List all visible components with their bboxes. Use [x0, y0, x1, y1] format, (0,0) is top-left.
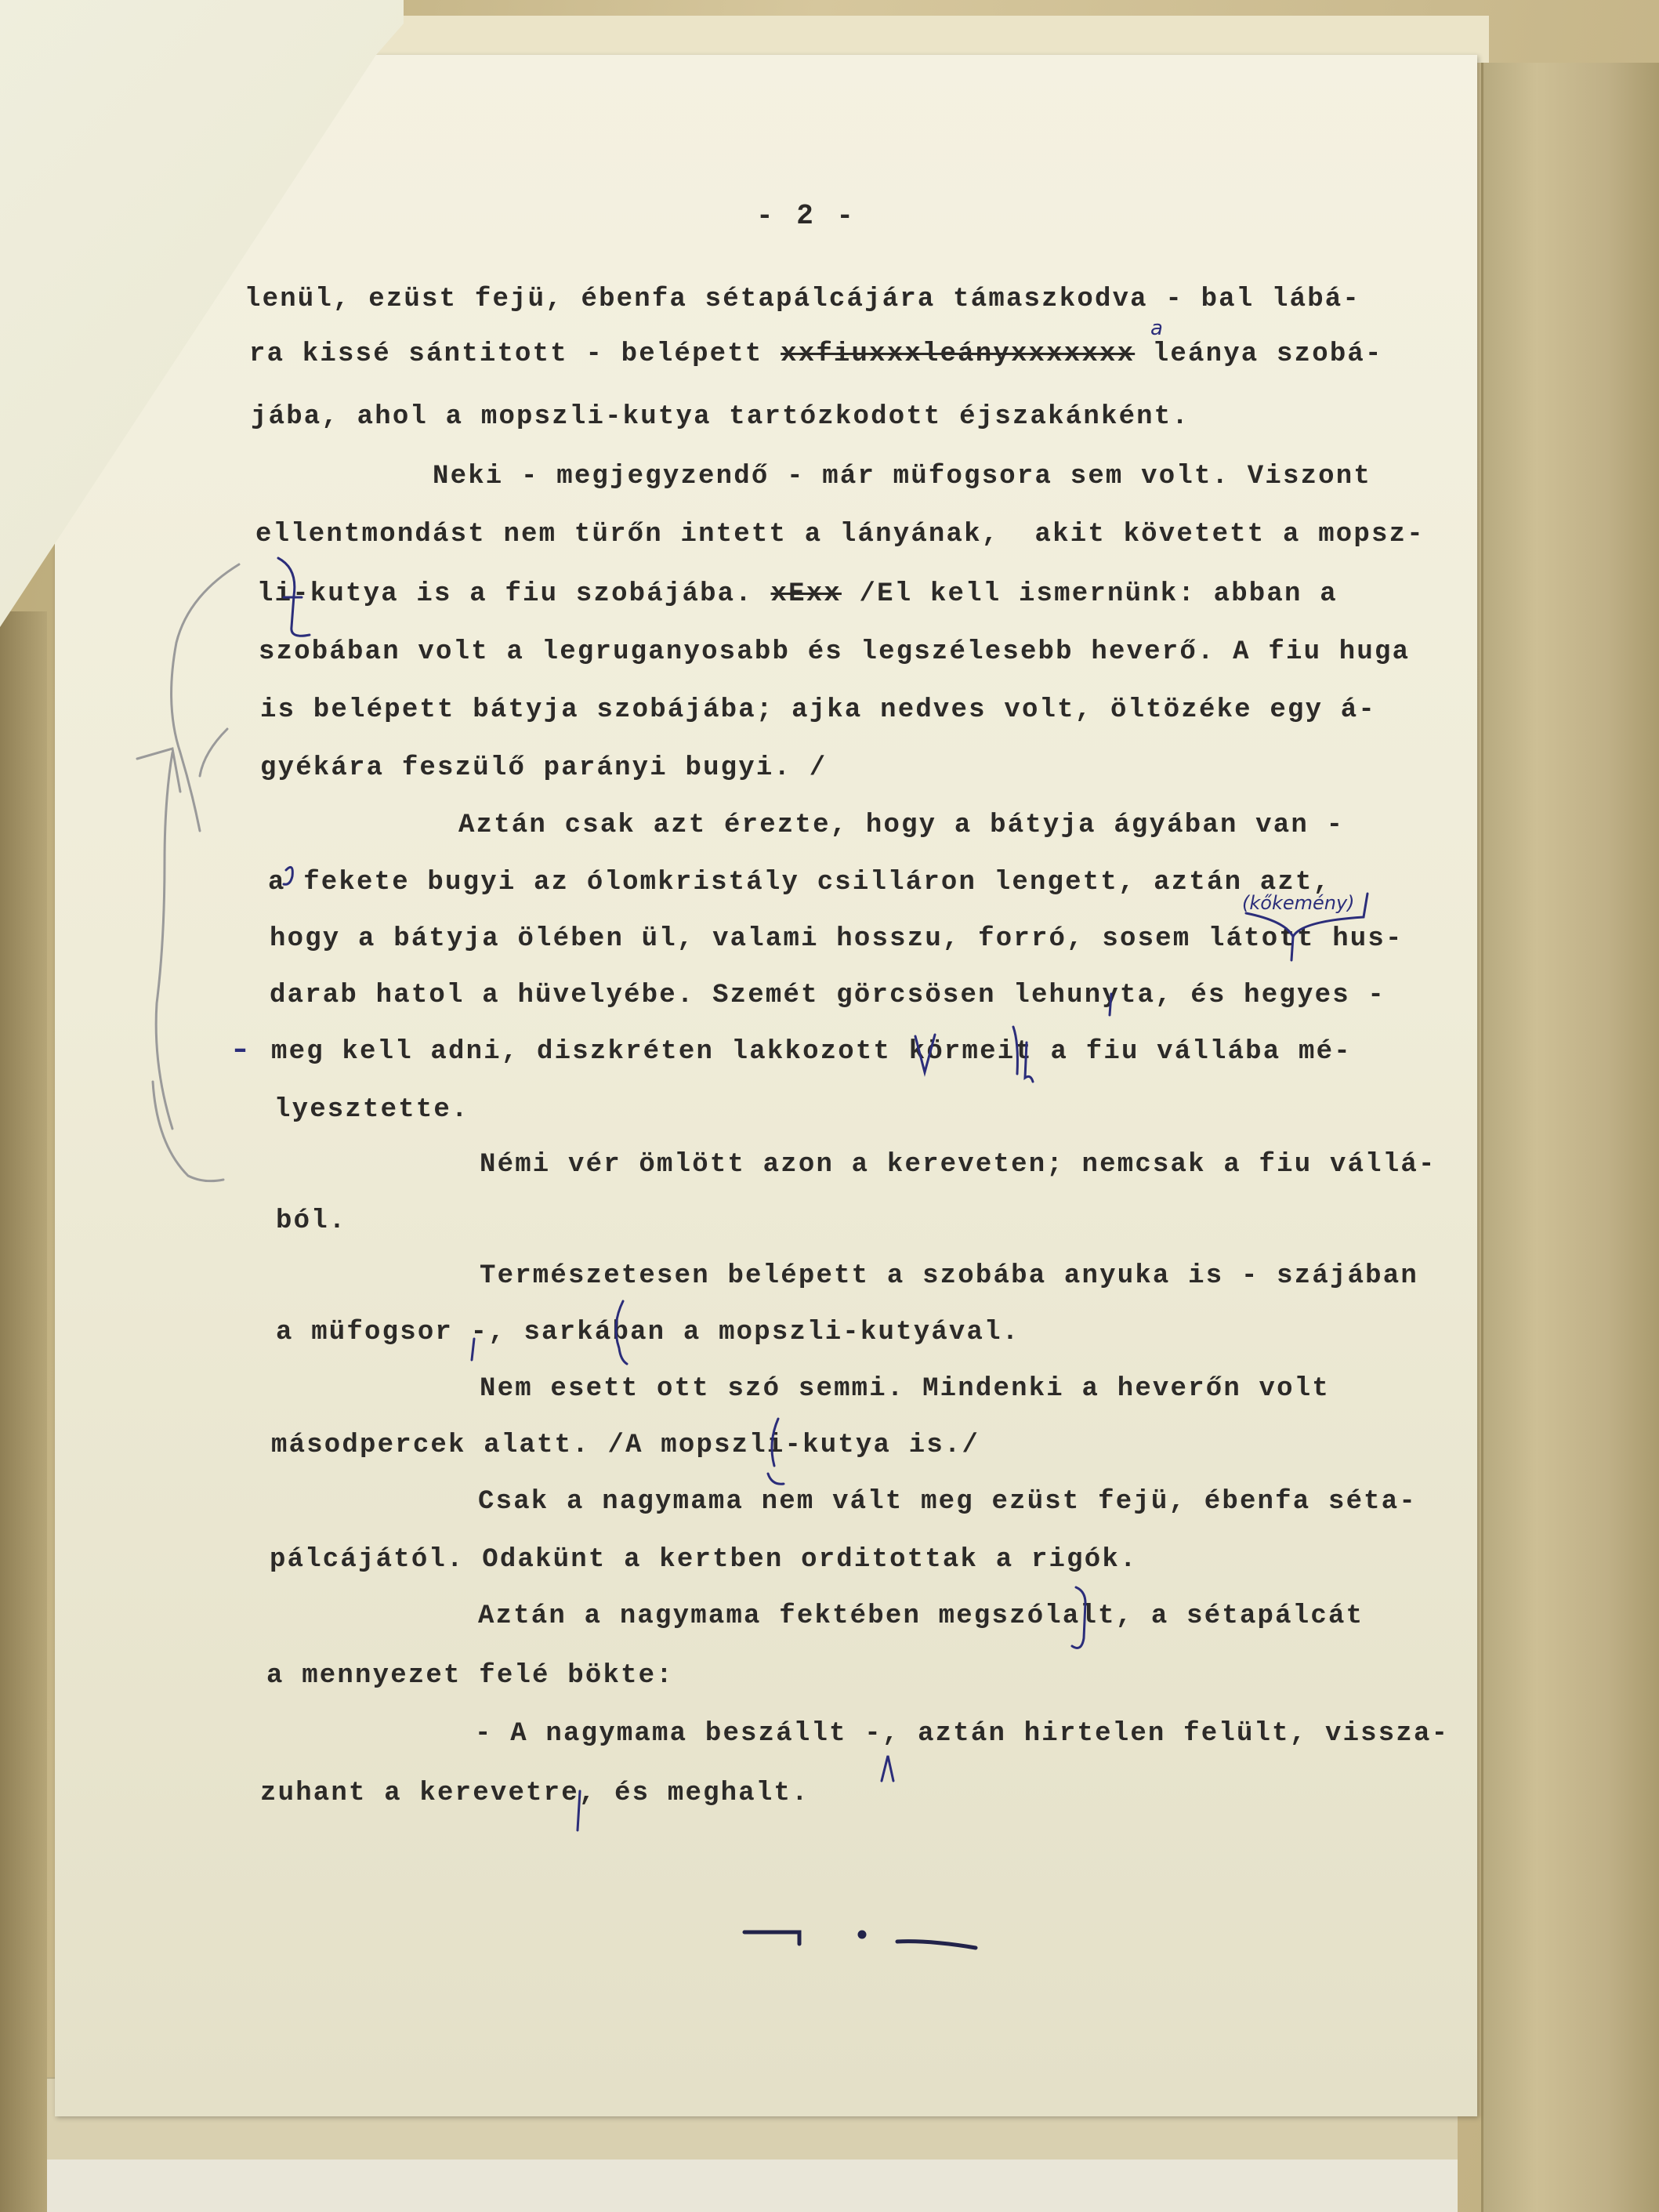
pencil-arrow-icon — [0, 0, 1659, 2212]
end-mark-icon — [741, 1924, 991, 1971]
